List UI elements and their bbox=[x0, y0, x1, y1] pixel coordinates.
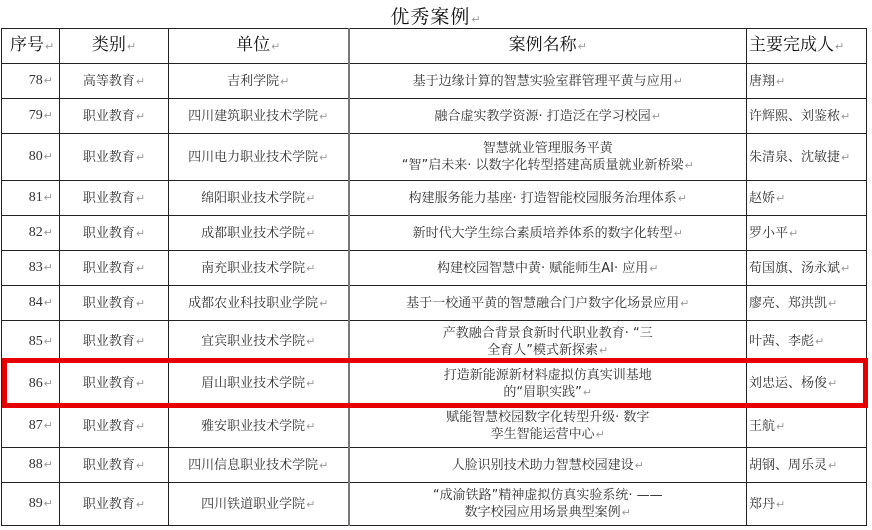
row-case-name: 产教融合背景食新时代职业教育· “三 全育人”模式新探索↵ bbox=[349, 321, 747, 363]
row-persons-text: 朱清泉、沈敏捷 bbox=[749, 150, 840, 165]
row-case-name-text: 融合虚实教学资源· 打造泛在学习校园 bbox=[435, 109, 651, 124]
row-category: 高等教育↵ bbox=[60, 64, 169, 99]
row-unit: 四川信息职业技术学院↵ bbox=[169, 448, 349, 483]
row-persons: 赵娇↵ bbox=[747, 181, 867, 216]
row-case-name: 打造新能源新材料虚拟仿真实训基地 的“眉职实践”↵ bbox=[349, 363, 747, 405]
row-case-name: 构建校园智慧中黄· 赋能师生AI· 应用↵ bbox=[349, 251, 747, 286]
paragraph-mark-icon: ↵ bbox=[319, 110, 328, 123]
paragraph-mark-icon: ↵ bbox=[136, 110, 145, 123]
row-no-text: 86 bbox=[29, 376, 43, 391]
row-no-text: 81 bbox=[29, 190, 43, 205]
paragraph-mark-icon: ↵ bbox=[319, 297, 328, 310]
paragraph-mark-icon: ↵ bbox=[674, 75, 683, 88]
row-category-text: 职业教育 bbox=[83, 150, 135, 165]
paragraph-mark-icon: ↵ bbox=[44, 336, 53, 348]
title-text: 优秀案例 bbox=[390, 6, 470, 28]
row-unit-text: 眉山职业技术学院 bbox=[201, 376, 305, 391]
row-no-text: 84 bbox=[29, 295, 43, 310]
paragraph-mark-icon: ↵ bbox=[678, 192, 687, 205]
row-persons-text: 廖亮、郑洪凯 bbox=[749, 296, 827, 311]
header-category: 类别↵ bbox=[60, 29, 169, 64]
row-case-name-text: 赋能智慧校园数字化转型升级· 数字 孪生智能运营中心 bbox=[446, 410, 649, 442]
paragraph-mark-icon: ↵ bbox=[136, 227, 145, 240]
paragraph-mark-icon: ↵ bbox=[136, 459, 145, 472]
row-unit: 四川电力职业技术学院↵ bbox=[169, 134, 349, 181]
row-no-text: 78 bbox=[29, 73, 43, 88]
row-case-name: 融合虚实教学资源· 打造泛在学习校园↵ bbox=[349, 99, 747, 134]
paragraph-mark-icon: ↵ bbox=[306, 262, 315, 275]
cases-table: 序号↵ 类别↵ 单位↵ 案例名称↵ 主要完成人↵ 78↵高等教育↵吉利学院↵基于… bbox=[1, 28, 867, 526]
row-no-text: 87 bbox=[29, 418, 43, 433]
row-no: 87↵ bbox=[2, 405, 60, 448]
row-category-text: 职业教育 bbox=[83, 261, 135, 276]
paragraph-mark-icon: ↵ bbox=[136, 151, 145, 164]
row-no: 83↵ bbox=[2, 251, 60, 286]
row-persons-text: 赵娇 bbox=[749, 191, 775, 206]
row-category-text: 高等教育 bbox=[83, 74, 135, 89]
row-case-name-text: 智慧就业管理服务平黄 “智”启未来· 以数字化转型搭建高质量就业新桥梁 bbox=[402, 141, 684, 173]
table-header-row: 序号↵ 类别↵ 单位↵ 案例名称↵ 主要完成人↵ bbox=[2, 29, 867, 64]
paragraph-mark-icon: ↵ bbox=[271, 40, 280, 53]
row-category-text: 职业教育 bbox=[83, 497, 135, 512]
header-unit: 单位↵ bbox=[169, 29, 349, 64]
row-category: 职业教育↵ bbox=[60, 251, 169, 286]
row-persons: 朱清泉、沈敏捷↵ bbox=[747, 134, 867, 181]
row-persons: 荀国旗、汤永斌↵ bbox=[747, 251, 867, 286]
row-unit-text: 南充职业技术学院 bbox=[201, 261, 305, 276]
paragraph-mark-icon: ↵ bbox=[319, 459, 328, 472]
row-case-name-text: 构建校园智慧中黄· 赋能师生AI· 应用 bbox=[437, 261, 648, 276]
paragraph-mark-icon: ↵ bbox=[44, 498, 53, 510]
paragraph-mark-icon: ↵ bbox=[44, 227, 53, 239]
row-case-name-text: 人脸识别技术助力智慧校园建设 bbox=[452, 458, 634, 473]
row-unit: 宜宾职业技术学院↵ bbox=[169, 321, 349, 363]
table-row: 86↵职业教育↵眉山职业技术学院↵打造新能源新材料虚拟仿真实训基地 的“眉职实践… bbox=[2, 363, 867, 405]
header-no: 序号↵ bbox=[2, 29, 60, 64]
row-category-text: 职业教育 bbox=[83, 191, 135, 206]
row-no-text: 79 bbox=[29, 108, 43, 123]
paragraph-mark-icon: ↵ bbox=[306, 227, 315, 240]
row-no-text: 83 bbox=[29, 260, 43, 275]
row-category: 职业教育↵ bbox=[60, 286, 169, 321]
row-unit: 成都农业科技职业学院↵ bbox=[169, 286, 349, 321]
row-no: 89↵ bbox=[2, 483, 60, 526]
table-row: 78↵高等教育↵吉利学院↵基于边缘计算的智慧实验室群管理平黄与应用↵唐翔↵ bbox=[2, 64, 867, 99]
row-unit-text: 宜宾职业技术学院 bbox=[201, 334, 305, 349]
row-category-text: 职业教育 bbox=[83, 226, 135, 241]
row-category-text: 职业教育 bbox=[83, 334, 135, 349]
row-no: 86↵ bbox=[2, 363, 60, 405]
table-row: 84↵职业教育↵成都农业科技职业学院↵基于一校通平黄的智慧融合门户数字化场景应用… bbox=[2, 286, 867, 321]
row-category: 职业教育↵ bbox=[60, 448, 169, 483]
row-persons-text: 王航 bbox=[749, 419, 775, 434]
row-persons-text: 胡钢、周乐灵 bbox=[749, 458, 827, 473]
row-no: 80↵ bbox=[2, 134, 60, 181]
row-no-text: 89 bbox=[29, 496, 43, 511]
row-persons-text: 罗小平 bbox=[749, 226, 788, 241]
paragraph-mark-icon: ↵ bbox=[776, 420, 785, 433]
row-category: 职业教育↵ bbox=[60, 181, 169, 216]
row-persons: 王航↵ bbox=[747, 405, 867, 448]
row-unit: 雅安职业技术学院↵ bbox=[169, 405, 349, 448]
paragraph-mark-icon: ↵ bbox=[44, 262, 53, 274]
row-case-name: 构建服务能力基座· 打造智能校园服务治理体系↵ bbox=[349, 181, 747, 216]
row-no: 84↵ bbox=[2, 286, 60, 321]
paragraph-mark-icon: ↵ bbox=[136, 192, 145, 205]
row-persons: 唐翔↵ bbox=[747, 64, 867, 99]
paragraph-mark-icon: ↵ bbox=[136, 297, 145, 310]
row-persons-text: 许辉熙、刘鉴秾 bbox=[749, 109, 840, 124]
paragraph-mark-icon: ↵ bbox=[789, 227, 798, 240]
paragraph-mark-icon: ↵ bbox=[306, 335, 315, 348]
table-row: 80↵职业教育↵四川电力职业技术学院↵智慧就业管理服务平黄 “智”启未来· 以数… bbox=[2, 134, 867, 181]
row-persons-text: 刘忠运、杨俊 bbox=[749, 376, 827, 391]
row-persons-text: 荀国旗、汤永斌 bbox=[749, 261, 840, 276]
row-unit-text: 成都农业科技职业学院 bbox=[188, 296, 318, 311]
row-persons-text: 唐翔 bbox=[749, 74, 775, 89]
row-category: 职业教育↵ bbox=[60, 134, 169, 181]
row-no: 81↵ bbox=[2, 181, 60, 216]
paragraph-mark-icon: ↵ bbox=[306, 420, 315, 433]
header-case-name: 案例名称↵ bbox=[349, 29, 747, 64]
row-case-name: 人脸识别技术助力智慧校园建设↵ bbox=[349, 448, 747, 483]
paragraph-mark-icon: ↵ bbox=[44, 459, 53, 471]
paragraph-mark-icon: ↵ bbox=[136, 262, 145, 275]
row-persons-text: 郑丹 bbox=[749, 497, 775, 512]
table-row: 82↵职业教育↵成都职业技术学院↵新时代大学生综合素质培养体系的数字化转型↵罗小… bbox=[2, 216, 867, 251]
row-case-name: 智慧就业管理服务平黄 “智”启未来· 以数字化转型搭建高质量就业新桥梁↵ bbox=[349, 134, 747, 181]
paragraph-mark-icon: ↵ bbox=[136, 75, 145, 88]
paragraph-mark-icon: ↵ bbox=[841, 110, 850, 123]
row-persons-text: 叶茜、李彪 bbox=[749, 334, 814, 349]
row-persons: 许辉熙、刘鉴秾↵ bbox=[747, 99, 867, 134]
row-category-text: 职业教育 bbox=[83, 419, 135, 434]
row-case-name: 赋能智慧校园数字化转型升级· 数字 孪生智能运营中心↵ bbox=[349, 405, 747, 448]
paragraph-mark-icon: ↵ bbox=[306, 377, 315, 390]
row-no: 85↵ bbox=[2, 321, 60, 363]
paragraph-mark-icon: ↵ bbox=[828, 297, 837, 310]
row-no-text: 88 bbox=[29, 457, 43, 472]
paragraph-mark-icon: ↵ bbox=[44, 378, 53, 390]
paragraph-mark-icon: ↵ bbox=[674, 227, 683, 240]
row-unit-text: 四川建筑职业技术学院 bbox=[188, 109, 318, 124]
paragraph-mark-icon: ↵ bbox=[680, 297, 689, 310]
row-no: 79↵ bbox=[2, 99, 60, 134]
row-unit: 四川铁道职业学院↵ bbox=[169, 483, 349, 526]
row-category: 职业教育↵ bbox=[60, 216, 169, 251]
row-category: 职业教育↵ bbox=[60, 405, 169, 448]
row-case-name-text: 新时代大学生综合素质培养体系的数字化转型 bbox=[413, 226, 673, 241]
table-row: 83↵职业教育↵南充职业技术学院↵构建校园智慧中黄· 赋能师生AI· 应用↵荀国… bbox=[2, 251, 867, 286]
paragraph-mark-icon: ↵ bbox=[685, 159, 694, 172]
paragraph-mark-icon: ↵ bbox=[815, 335, 824, 348]
paragraph-mark-icon: ↵ bbox=[841, 151, 850, 164]
row-persons: 叶茜、李彪↵ bbox=[747, 321, 867, 363]
paragraph-mark-icon: ↵ bbox=[136, 420, 145, 433]
row-case-name: 基于边缘计算的智慧实验室群管理平黄与应用↵ bbox=[349, 64, 747, 99]
row-unit-text: 雅安职业技术学院 bbox=[201, 419, 305, 434]
paragraph-mark-icon: ↵ bbox=[136, 377, 145, 390]
row-unit-text: 四川电力职业技术学院 bbox=[188, 150, 318, 165]
row-unit: 南充职业技术学院↵ bbox=[169, 251, 349, 286]
row-no: 82↵ bbox=[2, 216, 60, 251]
row-unit: 绵阳职业技术学院↵ bbox=[169, 181, 349, 216]
row-no: 88↵ bbox=[2, 448, 60, 483]
row-category-text: 职业教育 bbox=[83, 458, 135, 473]
paragraph-mark-icon: ↵ bbox=[635, 459, 644, 472]
paragraph-mark-icon: ↵ bbox=[828, 377, 837, 390]
row-category-text: 职业教育 bbox=[83, 376, 135, 391]
row-case-name-text: 打造新能源新材料虚拟仿真实训基地 的“眉职实践” bbox=[444, 368, 652, 400]
table-row: 85↵职业教育↵宜宾职业技术学院↵产教融合背景食新时代职业教育· “三 全育人”… bbox=[2, 321, 867, 363]
paragraph-mark-icon: ↵ bbox=[622, 506, 631, 519]
paragraph-mark-icon: ↵ bbox=[776, 498, 785, 511]
paragraph-mark-icon: ↵ bbox=[136, 335, 145, 348]
paragraph-mark-icon: ↵ bbox=[835, 40, 844, 53]
document-title: 优秀案例↵ bbox=[0, 2, 872, 29]
paragraph-mark-icon: ↵ bbox=[583, 386, 592, 399]
row-unit: 四川建筑职业技术学院↵ bbox=[169, 99, 349, 134]
row-unit-text: 四川信息职业技术学院 bbox=[188, 458, 318, 473]
paragraph-mark-icon: ↵ bbox=[136, 498, 145, 511]
paragraph-mark-icon: ↵ bbox=[599, 344, 608, 357]
table-row: 81↵职业教育↵绵阳职业技术学院↵构建服务能力基座· 打造智能校园服务治理体系↵… bbox=[2, 181, 867, 216]
paragraph-mark-icon: ↵ bbox=[44, 192, 53, 204]
row-case-name: 新时代大学生综合素质培养体系的数字化转型↵ bbox=[349, 216, 747, 251]
table-row: 87↵职业教育↵雅安职业技术学院↵赋能智慧校园数字化转型升级· 数字 孪生智能运… bbox=[2, 405, 867, 448]
paragraph-mark-icon: ↵ bbox=[45, 40, 54, 53]
paragraph-mark-icon: ↵ bbox=[319, 151, 328, 164]
row-unit-text: 绵阳职业技术学院 bbox=[201, 191, 305, 206]
paragraph-mark-icon: ↵ bbox=[776, 75, 785, 88]
row-category: 职业教育↵ bbox=[60, 321, 169, 363]
paragraph-mark-icon: ↵ bbox=[44, 110, 53, 122]
row-case-name: “成渝铁路”精神虚拟仿真实验系统· —— 数字校园应用场景典型案例↵ bbox=[349, 483, 747, 526]
paragraph-mark-icon: ↵ bbox=[44, 151, 53, 163]
row-persons: 郑丹↵ bbox=[747, 483, 867, 526]
row-category-text: 职业教育 bbox=[83, 109, 135, 124]
row-no: 78↵ bbox=[2, 64, 60, 99]
paragraph-mark-icon: ↵ bbox=[596, 428, 605, 441]
row-no-text: 82 bbox=[29, 225, 43, 240]
paragraph-mark-icon: ↵ bbox=[649, 262, 658, 275]
row-case-name-text: 基于边缘计算的智慧实验室群管理平黄与应用 bbox=[413, 74, 673, 89]
row-no-text: 80 bbox=[29, 149, 43, 164]
paragraph-mark-icon: ↵ bbox=[44, 75, 53, 87]
table-row: 89↵职业教育↵四川铁道职业学院↵“成渝铁路”精神虚拟仿真实验系统· —— 数字… bbox=[2, 483, 867, 526]
row-case-name: 基于一校通平黄的智慧融合门户数字化场景应用↵ bbox=[349, 286, 747, 321]
paragraph-mark-icon: ↵ bbox=[44, 297, 53, 309]
table-row: 88↵职业教育↵四川信息职业技术学院↵人脸识别技术助力智慧校园建设↵胡钢、周乐灵… bbox=[2, 448, 867, 483]
row-category-text: 职业教育 bbox=[83, 296, 135, 311]
table-row: 79↵职业教育↵四川建筑职业技术学院↵融合虚实教学资源· 打造泛在学习校园↵许辉… bbox=[2, 99, 867, 134]
header-persons: 主要完成人↵ bbox=[747, 29, 867, 64]
row-persons: 廖亮、郑洪凯↵ bbox=[747, 286, 867, 321]
row-unit-text: 吉利学院 bbox=[227, 74, 279, 89]
paragraph-mark-icon: ↵ bbox=[306, 498, 315, 511]
row-no-text: 85 bbox=[29, 334, 43, 349]
row-case-name-text: 构建服务能力基座· 打造智能校园服务治理体系 bbox=[409, 191, 677, 206]
paragraph-mark-icon: ↵ bbox=[652, 110, 661, 123]
paragraph-mark-icon: ↵ bbox=[280, 75, 289, 88]
paragraph-mark-icon: ↵ bbox=[127, 40, 136, 53]
row-unit-text: 成都职业技术学院 bbox=[201, 226, 305, 241]
paragraph-mark-icon: ↵ bbox=[828, 459, 837, 472]
row-persons: 刘忠运、杨俊↵ bbox=[747, 363, 867, 405]
row-unit: 成都职业技术学院↵ bbox=[169, 216, 349, 251]
paragraph-mark-icon: ↵ bbox=[471, 13, 481, 26]
paragraph-mark-icon: ↵ bbox=[841, 262, 850, 275]
table-body: 78↵高等教育↵吉利学院↵基于边缘计算的智慧实验室群管理平黄与应用↵唐翔↵79↵… bbox=[2, 64, 867, 526]
row-unit: 吉利学院↵ bbox=[169, 64, 349, 99]
row-case-name-text: 产教融合背景食新时代职业教育· “三 全育人”模式新探索 bbox=[443, 326, 653, 358]
paragraph-mark-icon: ↵ bbox=[44, 420, 53, 432]
row-unit: 眉山职业技术学院↵ bbox=[169, 363, 349, 405]
row-unit-text: 四川铁道职业学院 bbox=[201, 497, 305, 512]
row-category: 职业教育↵ bbox=[60, 99, 169, 134]
row-category: 职业教育↵ bbox=[60, 483, 169, 526]
row-persons: 胡钢、周乐灵↵ bbox=[747, 448, 867, 483]
paragraph-mark-icon: ↵ bbox=[578, 40, 587, 53]
row-persons: 罗小平↵ bbox=[747, 216, 867, 251]
row-case-name-text: 基于一校通平黄的智慧融合门户数字化场景应用 bbox=[406, 296, 679, 311]
paragraph-mark-icon: ↵ bbox=[306, 192, 315, 205]
row-category: 职业教育↵ bbox=[60, 363, 169, 405]
paragraph-mark-icon: ↵ bbox=[776, 192, 785, 205]
